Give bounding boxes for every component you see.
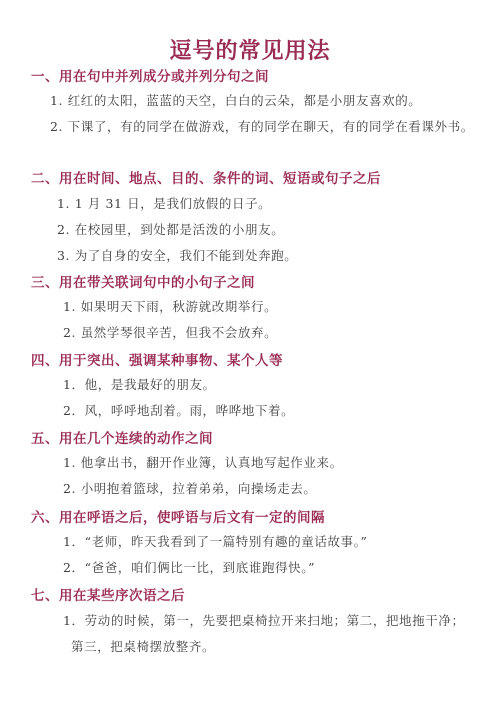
example-item: 2．“爸爸，咱们俩比一比，到底谁跑得快。” bbox=[63, 558, 315, 576]
example-item: 1．他，是我最好的朋友。 bbox=[63, 375, 216, 393]
example-item-continuation: 第三，把桌椅摆放整齐。 bbox=[71, 637, 215, 655]
section-heading-5: 五、用在几个连续的动作之间 bbox=[31, 427, 213, 447]
section-heading-2: 二、用在时间、地点、目的、条件的词、短语或句子之后 bbox=[31, 167, 381, 187]
example-item: 3. 为了自身的安全，我们不能到处奔跑。 bbox=[57, 246, 297, 264]
example-item: 1．“老师，昨天我看到了一篇特别有趣的童话故事。” bbox=[63, 532, 368, 550]
section-heading-7: 七、用在某些序次语之后 bbox=[31, 584, 185, 604]
example-item: 1. 1 月 31 日，是我们放假的日子。 bbox=[57, 194, 271, 212]
section-heading-4: 四、用于突出、强调某种事物、某个人等 bbox=[31, 349, 283, 369]
example-item: 2. 下课了，有的同学在做游戏，有的同学在聊天，有的同学在看课外书。 bbox=[50, 117, 474, 135]
example-item: 1．劳动的时候，第一，先要把桌椅拉开来扫地；第二，把地拖干净； bbox=[63, 611, 465, 629]
section-heading-6: 六、用在呼语之后，使呼语与后文有一定的间隔 bbox=[31, 506, 325, 526]
example-item: 1. 红红的太阳，蓝蓝的天空，白白的云朵，都是小朋友喜欢的。 bbox=[50, 91, 421, 109]
section-heading-1: 一、用在句中并列成分或并列分句之间 bbox=[31, 65, 269, 85]
example-item: 2. 在校园里，到处都是活泼的小朋友。 bbox=[57, 220, 284, 238]
example-item: 2. 虽然学琴很辛苦，但我不会放弃。 bbox=[63, 323, 277, 341]
page-title: 逗号的常见用法 bbox=[0, 34, 500, 65]
example-item: 2．风，呼呼地刮着。雨，哗哗地下着。 bbox=[63, 401, 294, 419]
section-heading-3: 三、用在带关联词句中的小句子之间 bbox=[31, 271, 255, 291]
example-item: 1. 如果明天下雨，秋游就改期举行。 bbox=[63, 297, 277, 315]
example-item: 2. 小明抱着篮球，拉着弟弟，向操场走去。 bbox=[63, 479, 317, 497]
example-item: 1. 他拿出书，翻开作业簿，认真地写起作业来。 bbox=[63, 453, 343, 471]
